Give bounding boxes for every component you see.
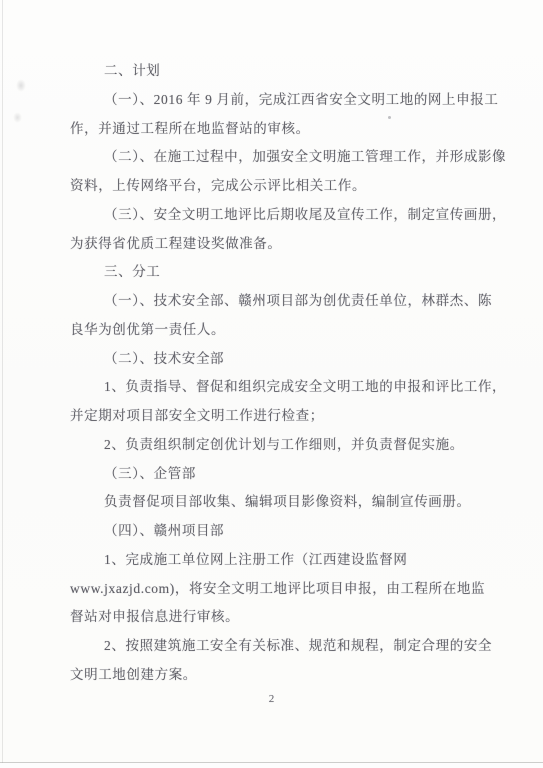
text-line: www.jxazjd.com)，将安全文明工地评比项目申报，由工程所在地监 [70,575,513,604]
text-line: 督站对申报信息进行审核。 [70,603,513,632]
text-line: 资料，上传网络平台，完成公示评比相关工作。 [70,172,513,201]
text-line: 负责督促项目部收集、编辑项目影像资料，编制宣传画册。 [70,488,513,517]
text-line: 良华为创优第一责任人。 [70,316,513,345]
text-line: （二）、技术安全部 [70,345,513,374]
text-line: 2、按照建筑施工安全有关标准、规范和规程，制定合理的安全 [70,632,513,661]
text-line: 2、负责组织制定创优计划与工作细则，并负责督促实施。 [70,431,513,460]
text-line: （一）、技术安全部、赣州项目部为创优责任单位，林群杰、陈 [70,287,513,316]
scan-edge-margin [0,763,543,768]
text-line: （三）、安全文明工地评比后期收尾及宣传工作，制定宣传画册， [70,201,513,230]
scan-smudge [13,112,22,123]
scan-smudge [16,79,26,92]
text-line: （三）、企管部 [70,460,513,489]
section-heading-division: 三、分工 [70,258,513,287]
scanned-document-page: 二、计划 （一）、2016 年 9 月前，完成江西省安全文明工地的网上申报工 作… [0,0,543,768]
text-line: 并定期对项目部安全文明工作进行检查； [70,402,513,431]
text-line: 作，并通过工程所在地监督站的审核。 [70,115,513,144]
page-number: 2 [0,693,543,705]
text-line: 为获得省优质工程建设奖做准备。 [70,230,513,259]
scan-edge-left [2,0,3,768]
text-line: 1、负责指导、督促和组织完成安全文明工地的申报和评比工作， [70,373,513,402]
text-line: 文明工地创建方案。 [70,661,513,690]
text-line: （四）、赣州项目部 [70,517,513,546]
text-line: 1、完成施工单位网上注册工作（江西建设监督网 [70,546,513,575]
text-line: （二）、在施工过程中，加强安全文明施工管理工作，并形成影像 [70,143,513,172]
document-body: 二、计划 （一）、2016 年 9 月前，完成江西省安全文明工地的网上申报工 作… [70,57,513,690]
section-heading-plan: 二、计划 [70,57,513,86]
text-line: （一）、2016 年 9 月前，完成江西省安全文明工地的网上申报工 [70,86,513,115]
